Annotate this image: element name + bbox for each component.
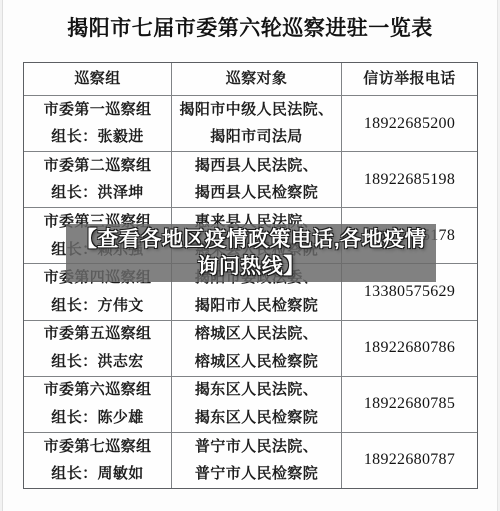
group-name: 市委第七巡察组 [44, 438, 152, 456]
group-cell: 市委第一巡察组 组长：张毅进 [24, 96, 172, 151]
phone-number: 18922680785 [364, 395, 455, 413]
table-row: 市委第五巡察组 组长：洪志宏 榕城区人民法院、 榕城区人民检察院 1892268… [24, 320, 477, 376]
group-name: 市委第六巡察组 [44, 381, 152, 399]
group-leader: 组长：张毅进 [51, 128, 143, 146]
target-cell: 揭西县人民法院、 揭西县人民检察院 [172, 152, 342, 207]
scanned-document-page: 揭阳市七届市委第六轮巡察进驻一览表 巡察组 巡察对象 信访举报电话 市委第一巡察… [2, 0, 498, 511]
phone-cell: 18922680787 [342, 433, 477, 488]
target-line-1: 揭东区人民法院、 [195, 381, 318, 399]
phone-cell: 18922685200 [342, 96, 477, 151]
group-name: 市委第五巡察组 [44, 325, 152, 343]
phone-number: 18922685200 [364, 115, 455, 133]
phone-number: 18922680787 [364, 451, 455, 469]
target-line-2: 普宁市人民检察院 [195, 465, 318, 483]
target-cell: 揭阳市中级人民法院、 揭阳市司法局 [172, 96, 342, 151]
target-line-1: 普宁市人民法院、 [195, 438, 318, 456]
group-cell: 市委第五巡察组 组长：洪志宏 [24, 321, 172, 376]
phone-number: 18922685198 [364, 171, 455, 189]
group-cell: 市委第七巡察组 组长：周敏如 [24, 433, 172, 488]
target-line-1: 揭西县人民法院、 [195, 157, 318, 175]
header-cell-target: 巡察对象 [226, 70, 288, 88]
target-line-2: 揭东区人民检察院 [195, 409, 318, 427]
table-header-row: 巡察组 巡察对象 信访举报电话 [24, 63, 477, 95]
group-leader: 组长：陈少雄 [51, 409, 143, 427]
target-line-2: 揭阳市人民检察院 [195, 297, 318, 315]
table-row: 市委第六巡察组 组长：陈少雄 揭东区人民法院、 揭东区人民检察院 1892268… [24, 376, 477, 432]
header-cell-group: 巡察组 [74, 70, 120, 88]
phone-cell: 18922680786 [342, 321, 477, 376]
page-title: 揭阳市七届市委第六轮巡察进驻一览表 [3, 12, 497, 42]
table-row: 市委第二巡察组 组长：洪泽坤 揭西县人民法院、 揭西县人民检察院 1892268… [24, 151, 477, 207]
group-leader: 组长：周敏如 [51, 465, 143, 483]
target-line-1: 榕城区人民法院、 [195, 325, 318, 343]
phone-number: 18922680786 [364, 339, 455, 357]
target-line-2: 揭西县人民检察院 [195, 184, 318, 202]
group-name: 市委第一巡察组 [44, 101, 152, 119]
watermark-text-line-2: 询问热线】 [197, 253, 305, 280]
target-cell: 揭东区人民法院、 揭东区人民检察院 [172, 377, 342, 432]
target-cell: 榕城区人民法院、 榕城区人民检察院 [172, 321, 342, 376]
group-leader: 组长：洪志宏 [51, 353, 143, 371]
target-line-1: 揭阳市中级人民法院、 [179, 101, 333, 119]
group-name: 市委第二巡察组 [44, 157, 152, 175]
target-line-2: 揭阳市司法局 [210, 128, 302, 146]
group-cell: 市委第二巡察组 组长：洪泽坤 [24, 152, 172, 207]
table-row: 市委第一巡察组 组长：张毅进 揭阳市中级人民法院、 揭阳市司法局 1892268… [24, 95, 477, 151]
phone-cell: 18922680785 [342, 377, 477, 432]
target-line-2: 榕城区人民检察院 [195, 353, 318, 371]
phone-number: 13380575629 [364, 283, 455, 301]
header-cell-phone: 信访举报电话 [363, 70, 455, 88]
group-cell: 市委第六巡察组 组长：陈少雄 [24, 377, 172, 432]
table-row: 市委第七巡察组 组长：周敏如 普宁市人民法院、 普宁市人民检察院 1892268… [24, 432, 477, 488]
phone-cell: 18922685198 [342, 152, 477, 207]
watermark-overlay: 【查看各地区疫情政策电话,各地疫情 询问热线】 [66, 224, 436, 282]
target-cell: 普宁市人民法院、 普宁市人民检察院 [172, 433, 342, 488]
watermark-text-line-1: 【查看各地区疫情政策电话,各地疫情 [76, 226, 426, 253]
group-leader: 组长：方伟文 [51, 297, 143, 315]
group-leader: 组长：洪泽坤 [51, 184, 143, 202]
